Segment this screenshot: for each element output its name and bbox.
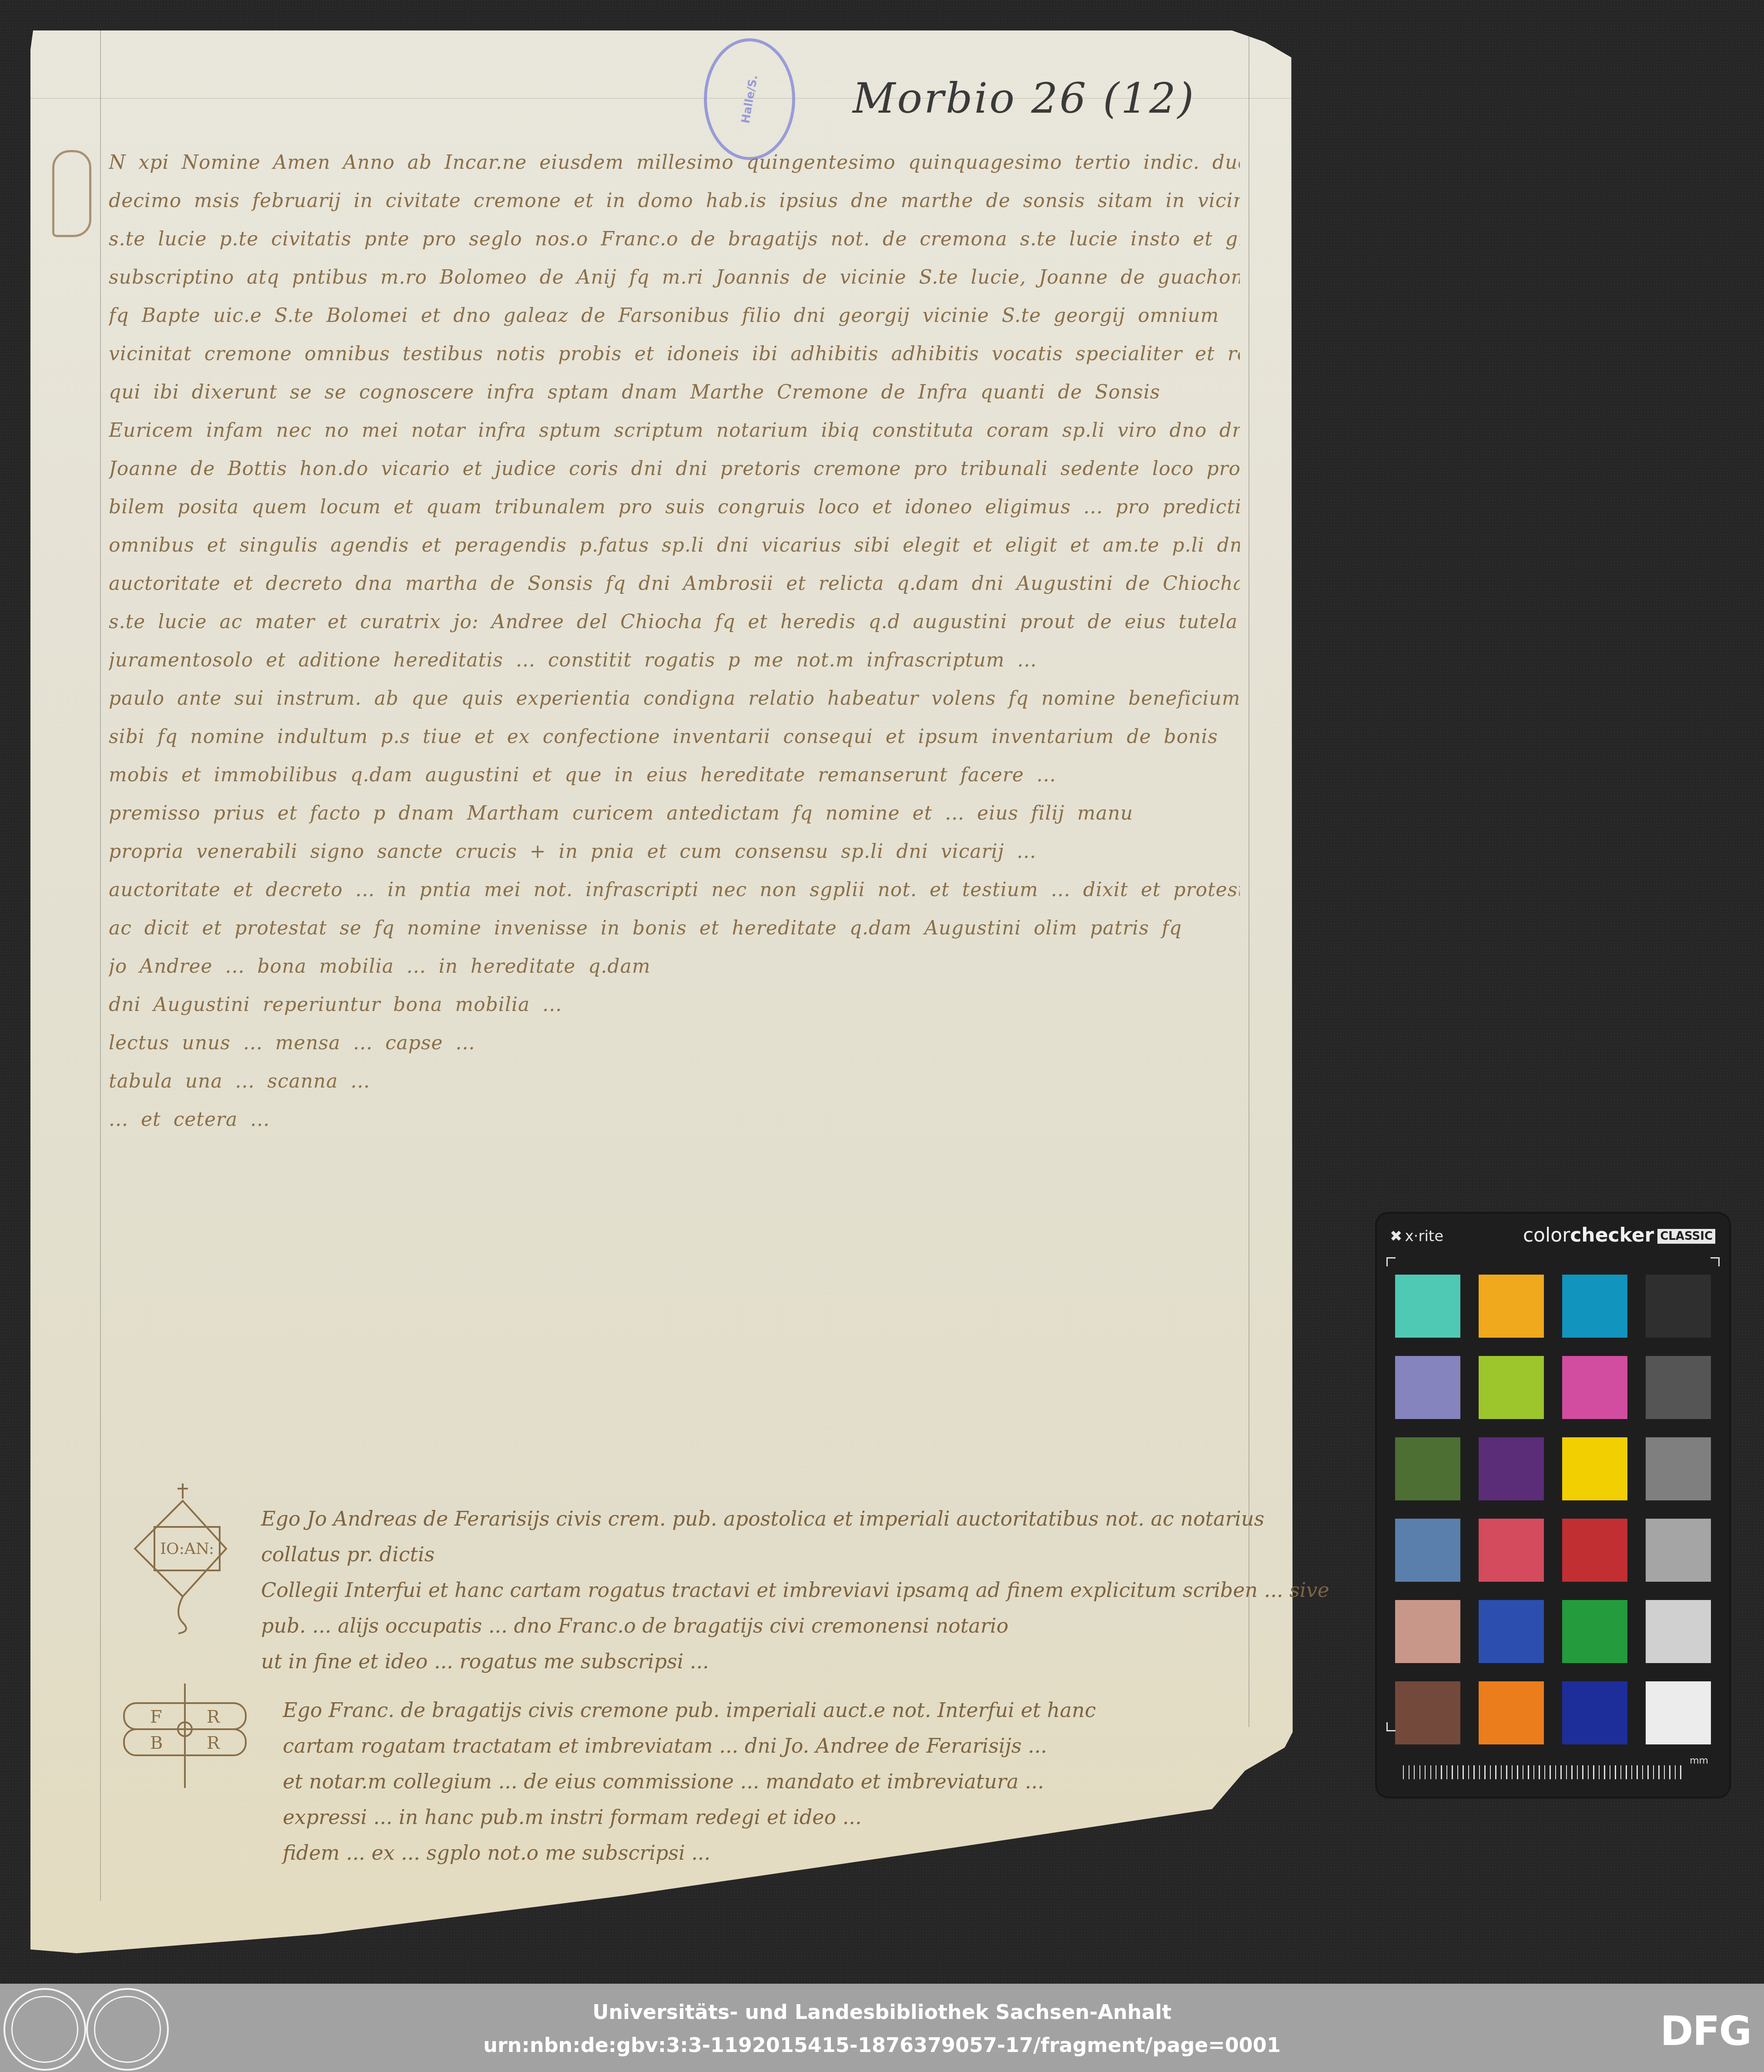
notary-subscription-2: Ego Franc. de bragatijs civis cremone pu… [283,1692,1370,1871]
footer-bar: Universitäts- und Landesbibliothek Sachs… [0,1984,1764,2072]
mm-ruler [1403,1757,1681,1779]
text-line: ac dicit et protestat se fq nomine inven… [109,909,1240,947]
text-line: fq Bapte uic.e S.te Bolomei et dno galea… [109,297,1240,335]
text-line [109,1369,1240,1407]
subscription-line: cartam rogatam tractatam et imbreviatam … [283,1728,1370,1764]
color-patch [1562,1275,1627,1338]
color-patch [1395,1356,1460,1419]
subscription-line: Collegii Interfui et hanc cartam rogatus… [261,1572,1349,1608]
corner-mark-icon [1710,1257,1720,1266]
color-patch [1562,1356,1627,1419]
color-patch [1395,1275,1460,1338]
text-line: bilem posita quem locum et quam tribunal… [109,488,1240,526]
sign-letter: F [150,1707,162,1727]
ruler-unit-label: mm [1690,1755,1708,1766]
text-line: auctoritate et decreto ... in pntia mei … [109,871,1240,909]
color-patch [1479,1356,1544,1419]
text-line: Euricem infam nec no mei notar infra spt… [109,412,1240,450]
notary-sign-ioan-icon: IO:AN: [117,1479,248,1636]
color-patch [1646,1681,1711,1744]
text-line: auctoritate et decreto dna martha de Son… [109,565,1240,603]
subscription-line: Ego Franc. de bragatijs civis cremone pu… [283,1692,1370,1728]
classic-badge: CLASSIC [1657,1229,1715,1244]
text-line: sibi fq nomine indultum p.s tiue et ex c… [109,718,1240,756]
xrite-icon: ✖ [1390,1228,1402,1245]
text-line: subscriptino atq pntibus m.ro Bolomeo de… [109,258,1240,297]
stamp-text: Halle/S. [739,74,760,124]
text-line: Joanne de Bottis hon.do vicario et judic… [109,450,1240,488]
text-line: dni Augustini reperiuntur bona mobilia .… [109,986,1240,1024]
color-patch [1479,1437,1544,1500]
text-line: lectus unus ... mensa ... capse ... [109,1024,1240,1062]
institution-name: Universitäts- und Landesbibliothek Sachs… [0,2000,1764,2024]
text-line [109,1177,1240,1215]
margin-flourish-icon [52,150,91,237]
library-stamp: Halle/S. [704,38,795,160]
color-patch [1562,1437,1627,1500]
subscription-line: et notar.m collegium ... de eius commiss… [283,1764,1370,1799]
color-patch [1395,1681,1460,1744]
text-line [109,1292,1240,1330]
color-patch [1562,1600,1627,1663]
color-checker-card: ✖x·rite colorcheckerCLASSIC mm [1377,1214,1729,1797]
subscription-line: pub. ... alijs occupatis ... dno Franc.o… [261,1608,1349,1644]
color-patch [1479,1681,1544,1744]
corner-mark-icon [1386,1257,1396,1266]
text-line: decimo msis februarij in civitate cremon… [109,182,1240,220]
corner-mark-icon [1386,1722,1396,1731]
text-line: paulo ante sui instrum. ab que quis expe… [109,680,1240,718]
text-line [109,1215,1240,1254]
sign-letter: B [150,1733,163,1753]
color-patch [1646,1437,1711,1500]
color-patch [1395,1600,1460,1663]
color-patch [1395,1437,1460,1500]
subscription-line: expressi ... in hanc pub.m instri formam… [283,1799,1370,1835]
shelfmark-annotation: Morbio 26 (12) [853,74,1195,123]
text-line [109,1254,1240,1292]
color-patch [1479,1600,1544,1663]
xrite-logo: ✖x·rite [1390,1228,1443,1245]
color-patch-grid [1395,1275,1712,1744]
colorchecker-title: colorcheckerCLASSIC [1523,1224,1715,1246]
text-line: omnibus et singulis agendis et peragendi… [109,526,1240,565]
color-patch [1646,1519,1711,1582]
dfg-logo: DFG [1660,2008,1751,2055]
document-body: N xpi Nomine Amen Anno ab Incar.ne eiusd… [109,144,1240,1407]
sign-letter: R [207,1707,221,1727]
subscription-line: Ego Jo Andreas de Ferarisijs civis crem.… [261,1501,1349,1572]
text-line: tabula una ... scanna ... [109,1062,1240,1101]
text-line [109,1330,1240,1369]
color-patch [1562,1681,1627,1744]
color-patch [1646,1356,1711,1419]
sign-letter: R [207,1733,221,1753]
text-line: N xpi Nomine Amen Anno ab Incar.ne eiusd… [109,144,1240,182]
color-patch [1646,1600,1711,1663]
notary-sign-frbr-icon: F R B R [115,1684,254,1788]
color-patch [1479,1275,1544,1338]
color-patch [1395,1519,1460,1582]
text-line: qui ibi dixerunt se se cognoscere infra … [109,373,1240,412]
color-patch [1479,1519,1544,1582]
text-line: s.te lucie ac mater et curatrix jo: Andr… [109,603,1240,641]
text-line: juramentosolo et aditione hereditatis ..… [109,641,1240,680]
color-patch [1562,1519,1627,1582]
text-line: premisso prius et facto p dnam Martham c… [109,794,1240,833]
urn-identifier[interactable]: urn:nbn:de:gbv:3:3-1192015415-1876379057… [0,2033,1764,2057]
margin-ruling-right [1249,30,1249,1727]
notary-sign-label: IO:AN: [160,1540,214,1558]
subscription-line: ut in fine et ideo ... rogatus me subscr… [261,1644,1349,1679]
text-line: mobis et immobilibus q.dam augustini et … [109,756,1240,794]
color-patch [1646,1275,1711,1338]
text-line: vicinitat cremone omnibus testibus notis… [109,335,1240,373]
notary-subscription-1: Ego Jo Andreas de Ferarisijs civis crem.… [261,1501,1349,1679]
text-line: propria venerabili signo sancte crucis +… [109,833,1240,871]
text-line: jo Andree ... bona mobilia ... in heredi… [109,947,1240,986]
text-line: ... et cetera ... [109,1101,1240,1139]
margin-ruling-left [100,30,101,1901]
subscription-line: fidem ... ex ... sgplo not.o me subscrip… [283,1835,1370,1871]
text-line: s.te lucie p.te civitatis pnte pro seglo… [109,220,1240,258]
text-line [109,1139,1240,1177]
